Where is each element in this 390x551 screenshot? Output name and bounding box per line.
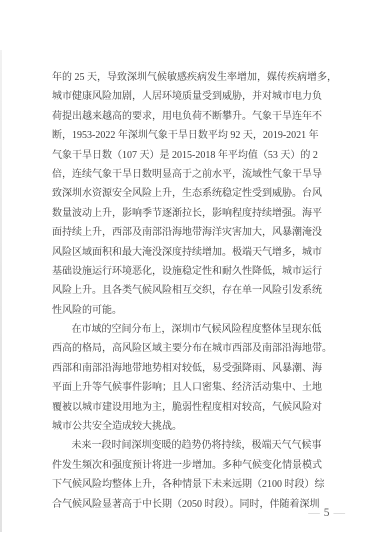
text-line: 数量波动上升，影响季节逐渐拉长，影响程度持续增强。海平 [52, 204, 341, 223]
paragraph: 未来一段时间深圳变暖的趋势仍将持续，极端天气气候事件发生频次和强度预计将进一步增… [52, 436, 341, 514]
text-line: 致深圳水资源安全风险上升，生态系统稳定性受到威胁。台风 [52, 184, 341, 203]
scan-edge-shadow [0, 50, 2, 532]
text-line: 西部和南部沿海地带地势相对较低，易受强降雨、风暴潮、海 [52, 359, 341, 378]
page-number: —5— [308, 506, 345, 520]
document-page: 年的 25 天，导致深圳气候敏感疾病发生率增加，媒传疾病增多，城市健康风险加剧，… [0, 0, 390, 551]
text-line: 城市健康风险加剧，人居环境质量受到威胁，并对城市电力负 [52, 87, 341, 106]
text-line: 西高的格局，高风险区域主要分布在城市西部及南部沿海地带。 [52, 339, 341, 358]
text-line: 年的 25 天，导致深圳气候敏感疾病发生率增加，媒传疾病增多， [52, 68, 341, 87]
text-line: 风险区域面积和最大淹没深度持续增加。极端天气增多，城市 [52, 243, 341, 262]
text-line: 未来一段时间深圳变暖的趋势仍将持续，极端天气气候事 [52, 436, 341, 455]
text-line: 平面上升等气候事件影响；且人口密集、经济活动集中、土地 [52, 378, 341, 397]
text-line: 覆被以城市建设用地为主，脆弱性程度相对较高，气候风险对 [52, 398, 341, 417]
text-line: 下气候风险均整体上升，各种情景下未来远期（2100 时段）综 [52, 475, 341, 494]
text-line: 荷提出越来越高的要求，用电负荷不断攀升。气象干旱连年不 [52, 107, 341, 126]
text-line: 倍，连续气象干旱日数明显高于之前水平，流域性气象干旱导 [52, 165, 341, 184]
text-line: 合气候风险显著高于中长期（2050 时段）。同时，伴随着深圳 [52, 495, 341, 514]
text-line: 性风险的可能。 [52, 301, 341, 320]
text-line: 面持续上升，西部及南部沿海地带海洋灾害加大，风暴潮淹没 [52, 223, 341, 242]
footer-number: 5 [324, 507, 330, 519]
footer-dash-left: — [308, 507, 320, 519]
text-line: 断，1953-2022 年深圳气象干旱日数平均 92 天，2019-2021 年 [52, 126, 341, 145]
text-line: 件发生频次和强度预计将进一步增加。多种气候变化情景模式 [52, 456, 341, 475]
text-line: 在市域的空间分布上，深圳市气候风险程度整体呈现东低 [52, 320, 341, 339]
paragraph: 在市域的空间分布上，深圳市气候风险程度整体呈现东低西高的格局，高风险区域主要分布… [52, 320, 341, 436]
body-text: 年的 25 天，导致深圳气候敏感疾病发生率增加，媒传疾病增多，城市健康风险加剧，… [52, 68, 341, 514]
text-line: 风险上升。且各类气候风险相互交织，存在单一风险引发系统 [52, 281, 341, 300]
paragraph: 年的 25 天，导致深圳气候敏感疾病发生率增加，媒传疾病增多，城市健康风险加剧，… [52, 68, 341, 320]
text-line: 基础设施运行环境恶化，设施稳定性和耐久性降低，城市运行 [52, 262, 341, 281]
text-line: 城市公共安全造成较大挑战。 [52, 417, 341, 436]
text-line: 气象干旱日数（107 天）是 2015-2018 年平均值（53 天）的 2 [52, 146, 341, 165]
footer-dash-right: — [334, 507, 346, 519]
